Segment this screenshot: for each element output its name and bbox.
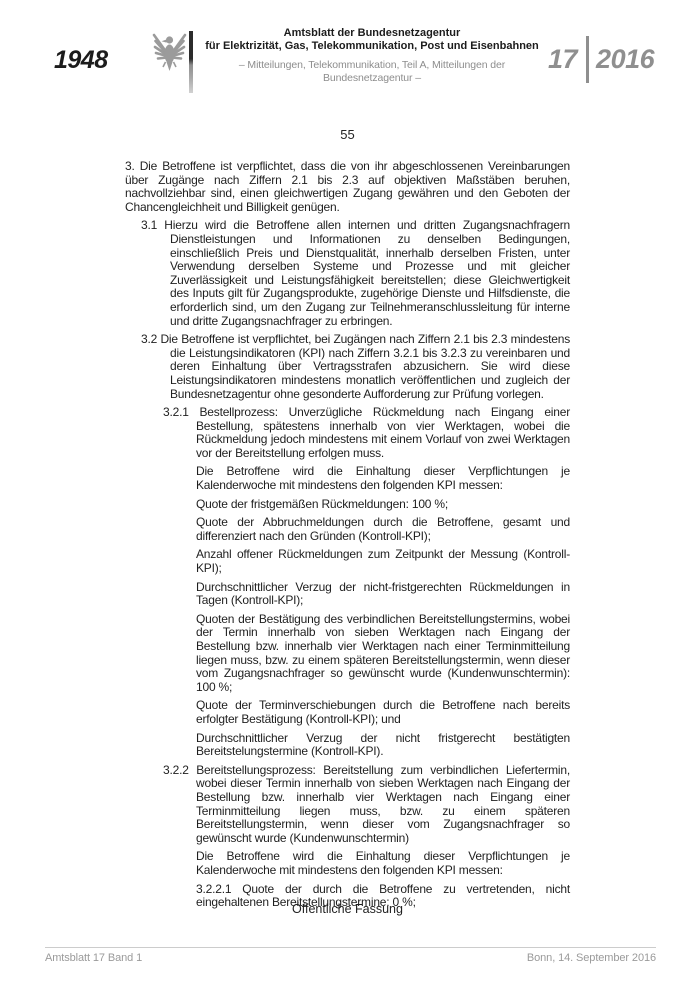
document-body: 3. Die Betroffene ist verpflichtet, dass… [125,160,570,915]
masthead-title-line2: für Elektrizität, Gas, Telekommunikation… [198,40,546,53]
paragraph: 3.1 Hierzu wird die Betroffene allen int… [125,219,570,328]
document-page: 1948 [0,0,700,990]
issue-year: 2016 [596,44,654,75]
paragraph: 3.2 Die Betroffene ist verpflichtet, bei… [125,333,570,401]
paragraph: Quoten der Bestätigung des verbindlichen… [125,613,570,695]
masthead-title-line1: Amtsblatt der Bundesnetzagentur [198,27,546,40]
paragraph: 3.2.1 Bestellprozess: Unverzügliche Rück… [125,406,570,460]
paragraph: Die Betroffene wird die Einhaltung diese… [125,850,570,877]
federal-eagle-icon [151,29,188,73]
paragraph: Anzahl offener Rückmeldungen zum Zeitpun… [125,548,570,575]
footer-left: Amtsblatt 17 Band 1 [45,952,142,964]
public-version-note: Öffentliche Fassung [125,902,570,916]
paragraph: 3.2.2 Bereitstellungsprozess: Bereitstel… [125,764,570,846]
masthead-subtitle: – Mitteilungen, Telekommunikation, Teil … [198,59,546,85]
paragraph: Die Betroffene wird die Einhaltung diese… [125,465,570,492]
issue-label: 17 2016 [548,36,654,83]
paragraph: Quote der Terminverschiebungen durch die… [125,699,570,726]
paragraph: 3. Die Betroffene ist verpflichtet, dass… [125,160,570,214]
paragraph: Quote der Abbruchmeldungen durch die Bet… [125,516,570,543]
paragraph: Durchschnittlicher Verzug der nicht-fris… [125,581,570,608]
page-number: 55 [125,127,570,142]
footer-rule [45,947,656,948]
footer-right: Bonn, 14. September 2016 [527,952,656,964]
header-divider-bar [189,31,193,93]
paragraph: Durchschnittlicher Verzug der nicht fris… [125,732,570,759]
edition-year: 1948 [54,46,108,75]
paragraph: Quote der fristgemäßen Rückmeldungen: 10… [125,498,570,512]
header-masthead: Amtsblatt der Bundesnetzagentur für Elek… [198,27,546,84]
issue-divider-bar [586,36,589,83]
page-footer: Amtsblatt 17 Band 1 Bonn, 14. September … [45,952,656,964]
issue-number: 17 [548,44,577,75]
